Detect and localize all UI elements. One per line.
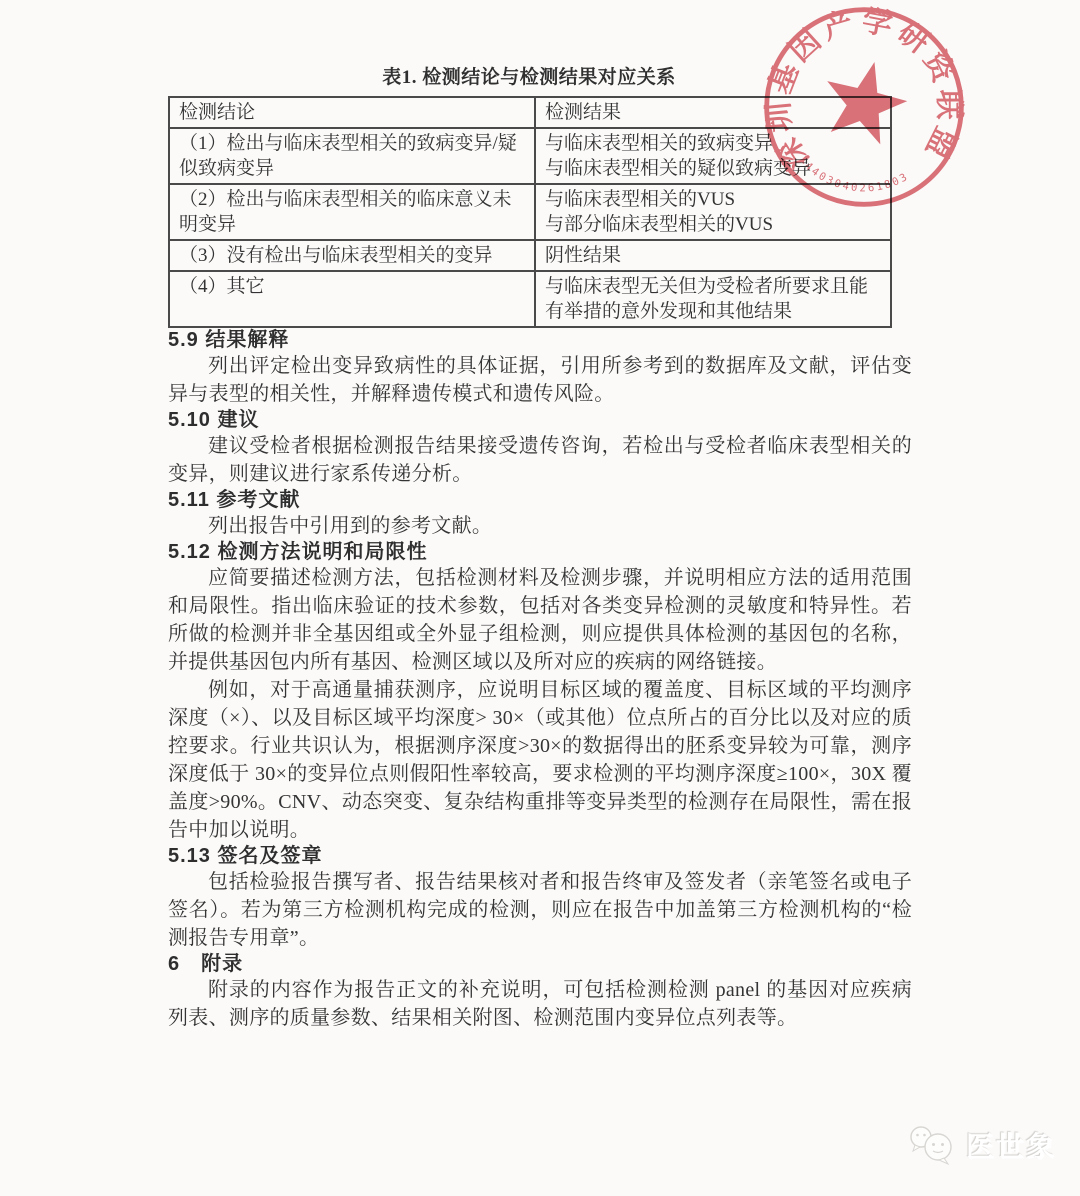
- paragraph: 包括检验报告撰写者、报告结果核对者和报告终审及签发者（亲笔签名或电子签名）。若为…: [168, 868, 912, 952]
- document-page: 表1. 检测结论与检测结果对应关系 检测结论 检测结果 （1）检出与临床表型相关…: [0, 0, 1080, 1196]
- result-line: 与临床表型无关但为受检者所要求且能有举措的意外发现和其他结果: [545, 274, 881, 324]
- watermark-label: 医世象: [966, 1125, 1056, 1165]
- table-title: 表1. 检测结论与检测结果对应关系: [168, 62, 890, 89]
- table-row: （2）检出与临床表型相关的临床意义未明变异 与临床表型相关的VUS 与部分临床表…: [169, 184, 891, 240]
- table-header-conclusion: 检测结论: [169, 97, 535, 128]
- section-heading-5-11: 5.11 参考文献: [168, 488, 912, 512]
- paragraph: 应简要描述检测方法，包括检测材料及检测步骤，并说明相应方法的适用范围和局限性。指…: [168, 564, 912, 676]
- cell-conclusion: （4）其它: [169, 271, 535, 327]
- table-header-result: 检测结果: [535, 97, 891, 128]
- result-line: 与部分临床表型相关的VUS: [545, 212, 881, 237]
- section-heading-6: 6 附录: [168, 952, 912, 976]
- cell-result: 与临床表型相关的致病变异 与临床表型相关的疑似致病变异: [535, 128, 891, 184]
- section-heading-5-10: 5.10 建议: [168, 408, 912, 432]
- result-line: 与临床表型相关的疑似致病变异: [545, 156, 881, 181]
- cell-conclusion: （3）没有检出与临床表型相关的变异: [169, 240, 535, 271]
- paragraph: 列出报告中引用到的参考文献。: [168, 512, 912, 540]
- paragraph: 例如，对于高通量捕获测序，应说明目标区域的覆盖度、目标区域的平均测序深度（×）、…: [168, 676, 912, 844]
- conclusion-result-table: 检测结论 检测结果 （1）检出与临床表型相关的致病变异/疑似致病变异 与临床表型…: [168, 96, 892, 328]
- cell-conclusion: （1）检出与临床表型相关的致病变异/疑似致病变异: [169, 128, 535, 184]
- wechat-chat-bubbles-icon: [908, 1124, 958, 1166]
- result-line: 与临床表型相关的VUS: [545, 187, 881, 212]
- yishixiang-watermark: 医世象: [908, 1124, 1056, 1166]
- section-heading-5-12: 5.12 检测方法说明和局限性: [168, 540, 912, 564]
- table-row: （1）检出与临床表型相关的致病变异/疑似致病变异 与临床表型相关的致病变异 与临…: [169, 128, 891, 184]
- paragraph: 建议受检者根据检测报告结果接受遗传咨询，若检出与受检者临床表型相关的变异，则建议…: [168, 432, 912, 488]
- table-row: （4）其它 与临床表型无关但为受检者所要求且能有举措的意外发现和其他结果: [169, 271, 891, 327]
- result-line: 与临床表型相关的致病变异: [545, 131, 881, 156]
- cell-conclusion: （2）检出与临床表型相关的临床意义未明变异: [169, 184, 535, 240]
- section-heading-5-13: 5.13 签名及签章: [168, 844, 912, 868]
- section-heading-5-9: 5.9 结果解释: [168, 328, 912, 352]
- table-row: （3）没有检出与临床表型相关的变异 阴性结果: [169, 240, 891, 271]
- cell-result: 与临床表型相关的VUS 与部分临床表型相关的VUS: [535, 184, 891, 240]
- cell-result: 阴性结果: [535, 240, 891, 271]
- result-line: 阴性结果: [545, 243, 881, 268]
- cell-result: 与临床表型无关但为受检者所要求且能有举措的意外发现和其他结果: [535, 271, 891, 327]
- document-body: 表1. 检测结论与检测结果对应关系 检测结论 检测结果 （1）检出与临床表型相关…: [168, 0, 912, 1032]
- table-header-row: 检测结论 检测结果: [169, 97, 891, 128]
- paragraph: 附录的内容作为报告正文的补充说明，可包括检测检测 panel 的基因对应疾病列表…: [168, 976, 912, 1032]
- paragraph: 列出评定检出变异致病性的具体证据，引用所参考到的数据库及文献，评估变异与表型的相…: [168, 352, 912, 408]
